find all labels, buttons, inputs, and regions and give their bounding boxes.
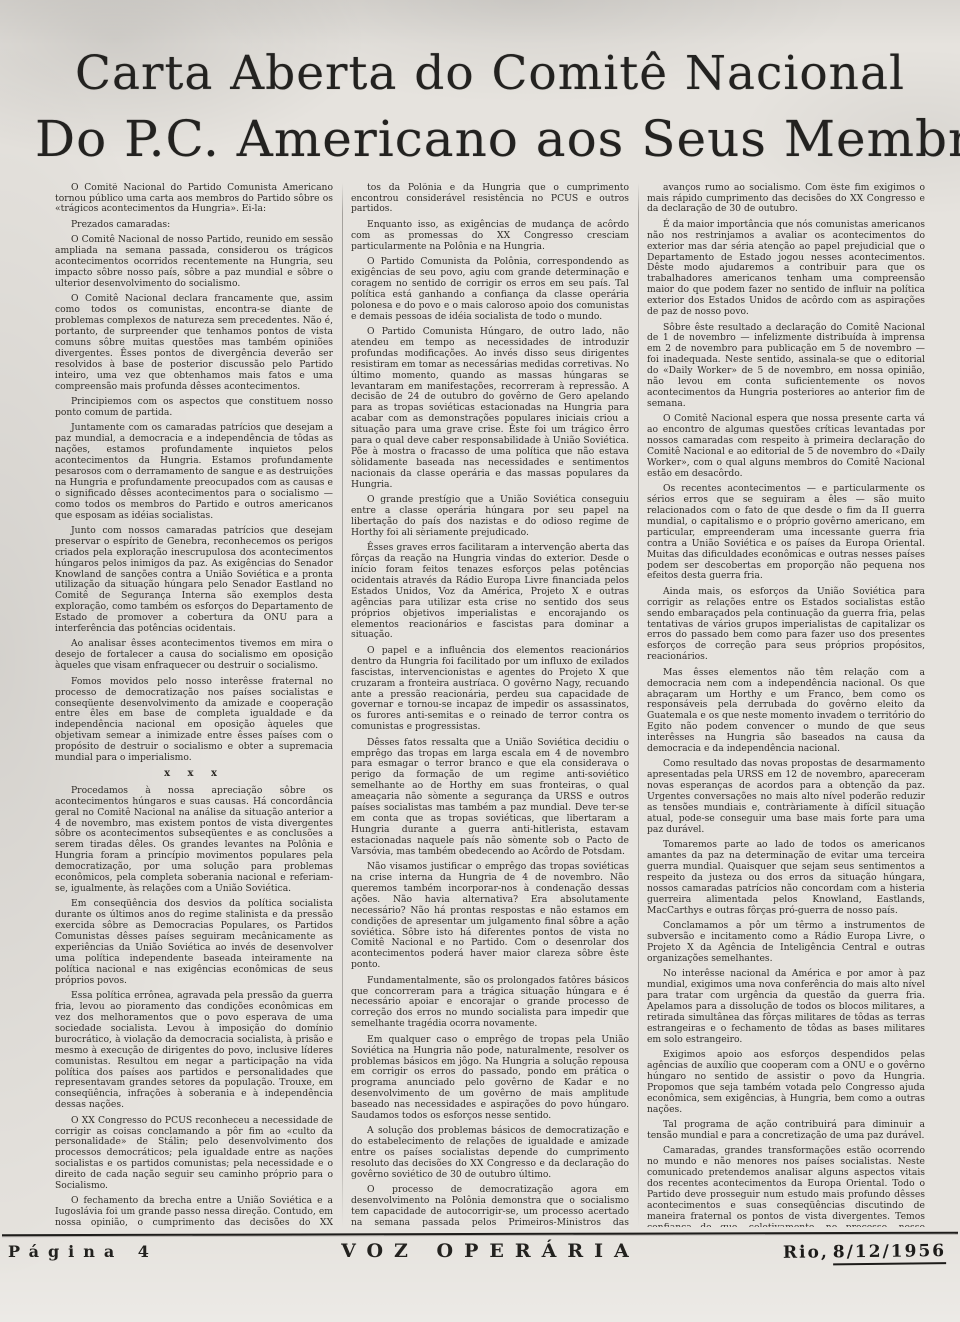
headline-line-2: Do P.C. Americano aos Seus Membros [35,111,945,167]
page-number-label: Página 4 [8,1242,158,1261]
paragraph: Como resultado das novas propostas de de… [647,759,925,835]
paragraph: O XX Congresso do PCUS reconheceu a nece… [55,1116,333,1192]
article-column-3: avanços rumo ao socialismo. Com êste fim… [647,183,925,1227]
paragraph: Juntamente com os camaradas patrícios qu… [55,423,333,521]
paragraph: O Comitê Nacional espera que nossa prese… [647,414,925,479]
paragraph: Os recentes acontecimentos — e particula… [647,484,925,582]
paragraph: O Comitê Nacional do Partido Comunista A… [55,183,333,216]
paragraph: Êsses graves erros facilitaram a interve… [351,543,629,641]
paragraph: Dêsses fatos ressalta que a União Soviét… [351,738,629,858]
paragraph: Camaradas, grandes transformações estão … [647,1146,925,1226]
footer-rule [2,1232,958,1237]
paragraph: avanços rumo ao socialismo. Com êste fim… [647,183,925,216]
dateline-city: Rio, [783,1242,829,1262]
dateline-date: 8/12/1956 [833,1241,946,1265]
paragraph: Principiemos com os aspectos que constit… [55,397,333,419]
paragraph: tos da Polônia e da Hungria que o cumpri… [351,183,629,216]
paragraph: Não visamos justificar o emprêgo das tro… [351,862,629,971]
article-column-1: O Comitê Nacional do Partido Comunista A… [55,183,333,1227]
column-rule-2 [638,183,639,1227]
paragraph: O Partido Comunista Húngaro, de outro la… [351,327,629,491]
paragraph: O fechamento da brecha entre a União Sov… [55,1196,333,1226]
paragraph: Essa política errônea, agravada pela pre… [55,991,333,1111]
paragraph: Prezados camaradas: [55,220,333,231]
paragraph: Em conseqüência dos desvios da política … [55,899,333,986]
paragraph: Ao analisar êsses acontecimentos tivemos… [55,639,333,672]
headline: Carta Aberta do Comitê Nacional Do P.C. … [55,48,925,167]
paragraph: Enquanto isso, as exigências de mudança … [351,220,629,253]
paragraph: Sôbre êste resultado a declaração do Com… [647,323,925,410]
column-rule-1 [342,183,343,1227]
article-body: O Comitê Nacional do Partido Comunista A… [55,183,925,1227]
paragraph: Tomaremos parte ao lado de todos os amer… [647,840,925,916]
section-separator: x x x [55,769,333,780]
paragraph: Em qualquer caso o emprêgo de tropas pel… [351,1035,629,1122]
paragraph: A solução dos problemas básicos de democ… [351,1126,629,1181]
paragraph: O papel e a influência dos elementos rea… [351,646,629,733]
footer-row: Página 4 VOZ OPERÁRIA Rio,8/12/1956 [0,1238,960,1262]
paragraph: Fomos movidos pelo nosso interêsse frate… [55,677,333,764]
paragraph: Fundamentalmente, são os prolongados fat… [351,976,629,1031]
paragraph: Procedamos à nossa apreciação sôbre os a… [55,786,333,895]
paragraph: Exigimos apoio aos esforços despendidos … [647,1050,925,1115]
dateline-stamp: Rio,8/12/1956 [783,1241,946,1263]
page-footer: Página 4 VOZ OPERÁRIA Rio,8/12/1956 [0,1233,960,1262]
article-column-2: tos da Polônia e da Hungria que o cumpri… [351,183,629,1227]
paragraph: O processo de democratização agora em de… [351,1185,629,1226]
paragraph: Mas êsses elementos não têm relação com … [647,668,925,755]
paragraph: O Comitê Nacional de nosso Partido, reun… [55,235,333,290]
newspaper-page: Carta Aberta do Comitê Nacional Do P.C. … [0,0,960,1322]
paragraph: No interêsse nacional da América e por a… [647,969,925,1045]
paragraph: Junto com nossos camaradas patrícios que… [55,526,333,635]
paragraph: O grande prestígio que a União Soviética… [351,495,629,539]
paragraph: Conclamamos a pôr um têrmo a instrumento… [647,921,925,965]
headline-line-1: Carta Aberta do Comitê Nacional [75,48,905,101]
paragraph: É da maior importância que nós comunista… [647,220,925,318]
paragraph: Ainda mais, os esforços da União Soviéti… [647,587,925,663]
masthead-title: VOZ OPERÁRIA [341,1240,640,1262]
paragraph: O Partido Comunista da Polônia, correspo… [351,257,629,322]
paragraph: Tal programa de ação contribuirá para di… [647,1120,925,1142]
paragraph: O Comitê Nacional declara francamente qu… [55,294,333,392]
